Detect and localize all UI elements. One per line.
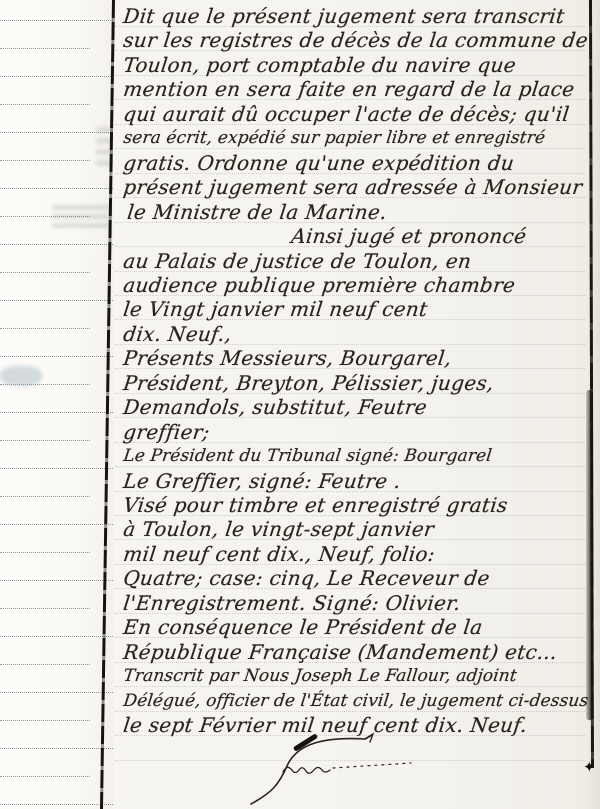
- left-margin-page: [0, 0, 113, 809]
- ruled-line: [0, 496, 90, 497]
- ruled-line: [0, 48, 90, 49]
- manuscript-line: sera écrit, expédié sur papier libre et …: [122, 126, 547, 150]
- manuscript-line: Le Président du Tribunal signé: Bourgare…: [122, 444, 493, 468]
- ruled-line: [0, 748, 113, 749]
- ruled-line: [0, 216, 90, 217]
- manuscript-line: mil neuf cent dix., Neuf, folio:: [122, 542, 437, 566]
- manuscript-line: au Palais de justice de Toulon, en: [122, 249, 473, 273]
- ruled-line: [0, 104, 90, 105]
- manuscript-line: le Vingt janvier mil neuf cent: [122, 297, 429, 321]
- manuscript-page: Dit que le présent jugement sera transcr…: [113, 0, 600, 809]
- ruled-line: [0, 440, 90, 441]
- ruled-line: [0, 524, 113, 525]
- manuscript-line: greffier;: [122, 420, 211, 444]
- manuscript-line: Toulon, port comptable du navire que: [122, 53, 517, 77]
- ink-blot-star-icon: ✦: [583, 758, 596, 776]
- ruled-line: [0, 636, 113, 637]
- manuscript-line: mention en sera faite en regard de la pl…: [122, 77, 576, 101]
- manuscript-line: Visé pour timbre et enregistré gratis: [122, 493, 509, 517]
- manuscript-line: à Toulon, le vingt-sept janvier: [122, 517, 435, 541]
- ruled-line: [0, 552, 90, 553]
- ruled-line: [0, 20, 113, 21]
- manuscript-line: qui aurait dû occuper l'acte de décès; q…: [122, 102, 571, 126]
- page-right-edge-shadow: [586, 390, 593, 720]
- ruled-line: [0, 272, 90, 273]
- ruled-line: [0, 328, 90, 329]
- ink-smudge: [0, 366, 42, 386]
- ruled-line: [0, 384, 90, 385]
- manuscript-line: Président, Breyton, Pélissier, juges,: [122, 371, 495, 395]
- ruled-line: [0, 720, 90, 721]
- ruled-line: [0, 468, 113, 469]
- ruled-line: [0, 132, 113, 133]
- manuscript-line: Dit que le présent jugement sera transcr…: [122, 4, 566, 28]
- ruled-line: [0, 804, 113, 805]
- manuscript-line: présent jugement sera adressée à Monsieu…: [122, 175, 584, 199]
- manuscript-line: En conséquence le Président de la: [122, 615, 484, 639]
- ruled-line: [0, 580, 113, 581]
- bleed-through-text-mark: [52, 206, 110, 232]
- manuscript-line: Délégué, officier de l'État civil, le ju…: [122, 689, 590, 713]
- scanned-document: Dit que le présent jugement sera transcr…: [0, 0, 600, 809]
- ruled-line: [0, 356, 113, 357]
- manuscript-line: sur les registres de décès de la commune…: [122, 28, 589, 52]
- ruled-line: [0, 76, 113, 77]
- ruled-line: [0, 608, 90, 609]
- manuscript-line: audience publique première chambre: [122, 273, 517, 297]
- manuscript-line: l'Enregistrement. Signé: Olivier.: [122, 591, 462, 615]
- manuscript-line: dix. Neuf.,: [122, 322, 233, 346]
- manuscript-line: République Française (Mandement) etc...: [122, 640, 559, 664]
- manuscript-lines: Dit que le présent jugement sera transcr…: [122, 0, 600, 760]
- manuscript-line: le Ministre de la Marine.: [126, 200, 388, 224]
- ruled-line: [0, 188, 113, 189]
- ruled-line: [0, 244, 113, 245]
- signature-paraph: [243, 730, 453, 808]
- manuscript-line: Présents Messieurs, Bourgarel,: [122, 346, 453, 370]
- manuscript-line: gratis. Ordonne qu'une expédition du: [122, 151, 516, 175]
- manuscript-line: Demandols, substitut, Feutre: [122, 395, 428, 419]
- ruled-line: [0, 160, 90, 161]
- manuscript-line: Quatre; case: cinq, Le Receveur de: [122, 566, 491, 590]
- ruled-line: [0, 412, 113, 413]
- ruled-line: [0, 692, 113, 693]
- manuscript-line: Transcrit par Nous Joseph Le Fallour, ad…: [122, 664, 518, 688]
- ruled-line: [0, 300, 113, 301]
- manuscript-line: Le Greffier, signé: Feutre .: [122, 469, 402, 493]
- ruled-line: [0, 664, 90, 665]
- ruled-line: [0, 776, 90, 777]
- manuscript-line: Ainsi jugé et prononcé: [290, 224, 528, 248]
